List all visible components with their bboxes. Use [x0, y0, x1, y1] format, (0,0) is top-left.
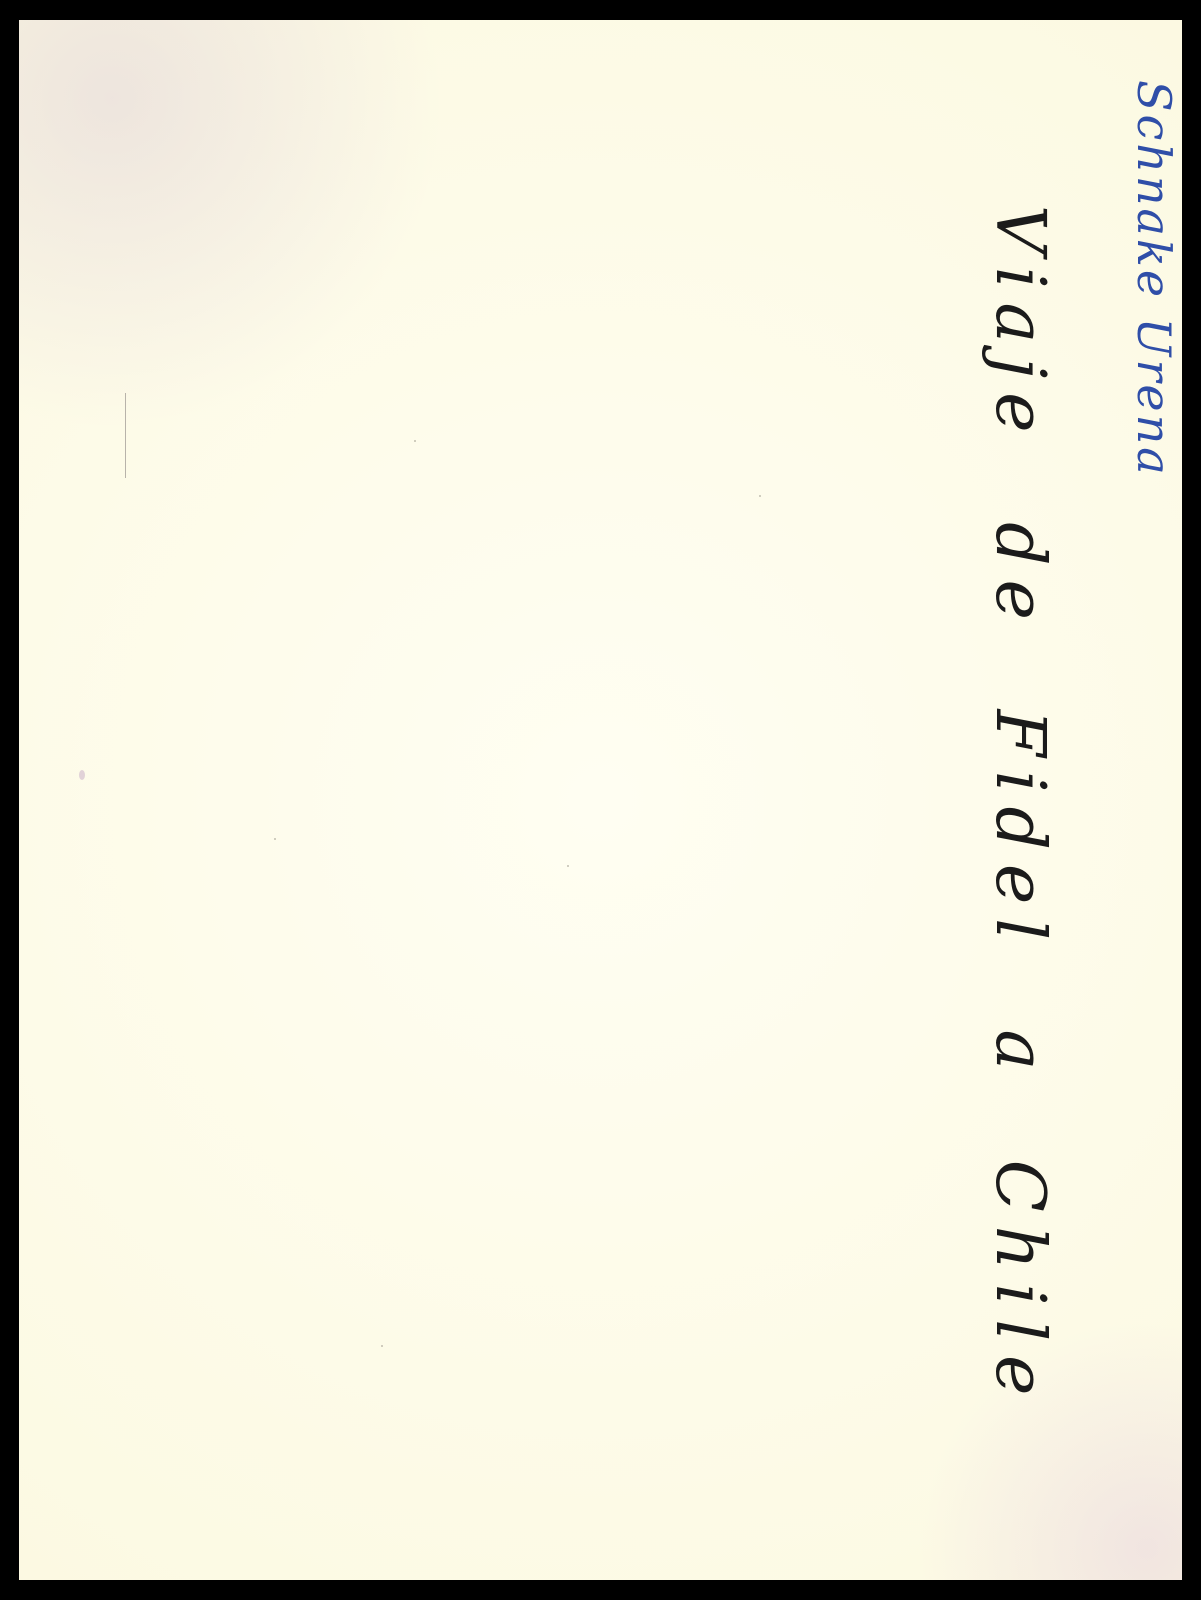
- scanned-page: Schnake Urena Viaje de Fidel a Chile: [19, 20, 1182, 1580]
- pencil-mark: [125, 393, 126, 478]
- paper-speck: [381, 1345, 383, 1347]
- handwritten-title: Viaje de Fidel a Chile: [980, 205, 1059, 1409]
- paper-speck: [274, 838, 276, 840]
- paper-stain: [79, 770, 85, 780]
- signature: Schnake Urena: [1127, 80, 1181, 478]
- paper-speck: [414, 440, 416, 442]
- paper-speck: [759, 495, 761, 497]
- paper-speck: [567, 865, 569, 867]
